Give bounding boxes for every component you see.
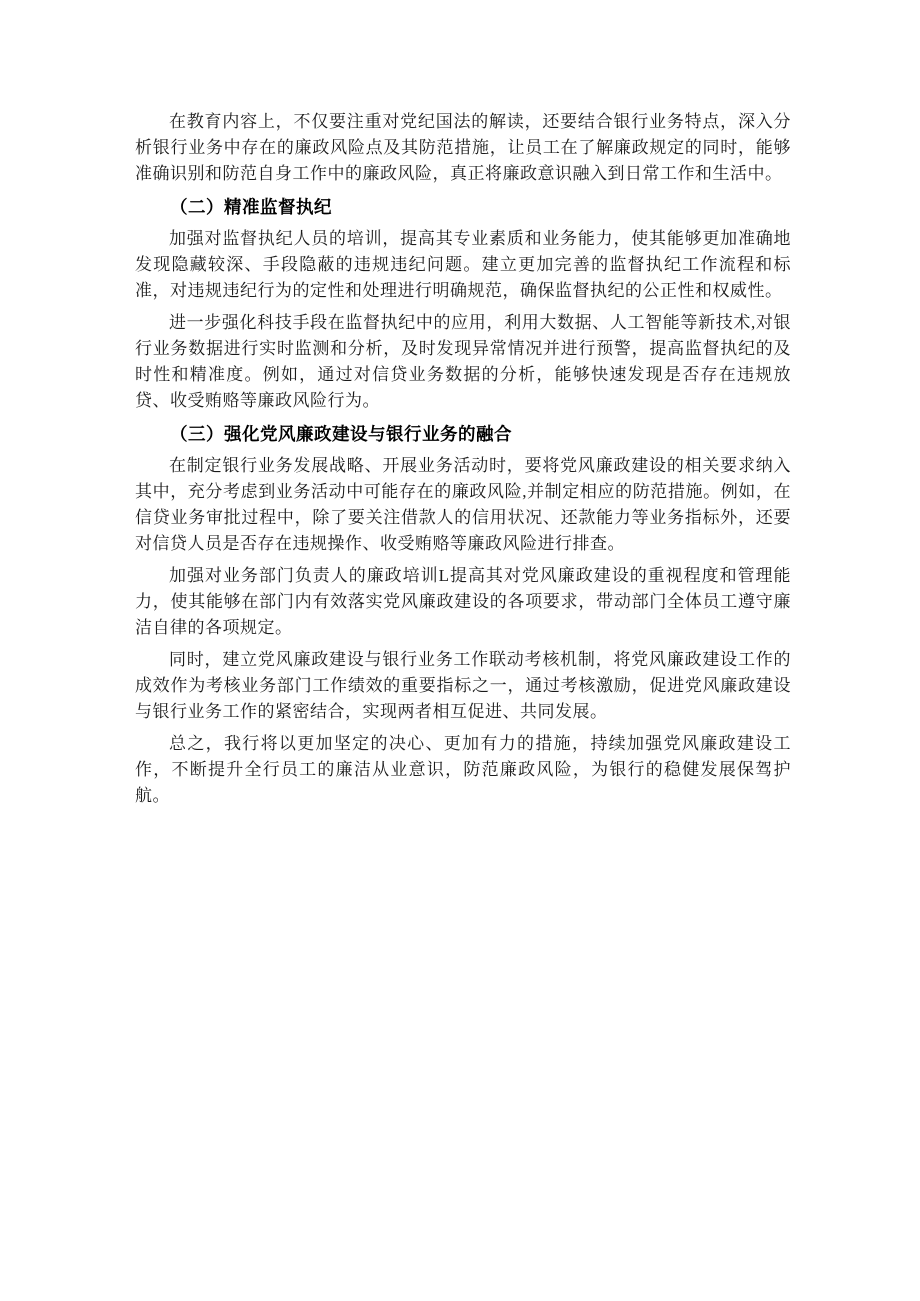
document-page: 在教育内容上，不仅要注重对党纪国法的解读，还要结合银行业务特点，深入分析银行业务… (0, 0, 920, 1301)
paragraph-supervision-training: 加强对监督执纪人员的培训，提高其专业素质和业务能力，使其能够更加准确地发现隐藏较… (135, 226, 791, 304)
paragraph-assessment-mechanism: 同时，建立党风廉政建设与银行业务工作联动考核机制，将党风廉政建设工作的成效作为考… (135, 647, 791, 725)
paragraph-strategy-integration: 在制定银行业务发展战略、开展业务活动时，要将党风廉政建设的相关要求纳入其中，充分… (135, 453, 791, 557)
section-heading-2-supervision: （二）精准监督执纪 (135, 194, 791, 220)
paragraph-education-content: 在教育内容上，不仅要注重对党纪国法的解读，还要结合银行业务特点，深入分析银行业务… (135, 109, 791, 187)
document-body: 在教育内容上，不仅要注重对党纪国法的解读，还要结合银行业务特点，深入分析银行业务… (135, 109, 791, 809)
paragraph-technology-application: 进一步强化科技手段在监督执纪中的应用，利用大数据、人工智能等新技术,对银行业务数… (135, 310, 791, 414)
paragraph-department-leader-training: 加强对业务部门负责人的廉政培训L提高其对党风廉政建设的重视程度和管理能力，使其能… (135, 563, 791, 641)
section-heading-3-integration: （三）强化党风廉政建设与银行业务的融合 (135, 421, 791, 447)
paragraph-conclusion: 总之，我行将以更加坚定的决心、更加有力的措施，持续加强党风廉政建设工作，不断提升… (135, 731, 791, 809)
